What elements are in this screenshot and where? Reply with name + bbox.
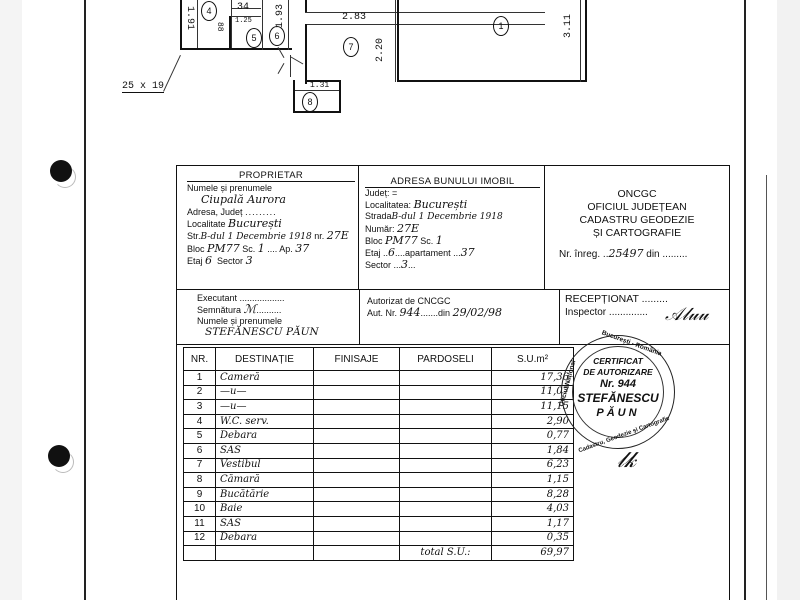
- total-label: total S.U.:: [400, 546, 492, 561]
- authorization-number: 944: [400, 306, 421, 319]
- owner-locality-value: București: [228, 217, 282, 230]
- property-locality-label: Localitatea:: [365, 200, 411, 210]
- cell-destination: Cămară: [216, 473, 314, 488]
- cell-destination: Debara: [216, 531, 314, 546]
- property-locality-value: București: [414, 198, 468, 211]
- room-number: 6: [269, 26, 285, 46]
- stamp-signature: 𝓁𝓀: [617, 448, 636, 473]
- property-stair-value: 1: [436, 234, 443, 247]
- owner-name-label: Numele și prenumele: [187, 183, 272, 193]
- property-floor-value: 6: [388, 246, 395, 259]
- cell-finishes: [314, 400, 400, 415]
- cell-nr: 8: [184, 473, 216, 488]
- table-row: 9Bucătărie8,28: [184, 487, 726, 502]
- total-value: 69,97: [492, 546, 574, 561]
- owner-name-value: Ciupală Aurora: [187, 194, 355, 207]
- owner-apt-label: Ap.: [279, 244, 293, 254]
- property-number-label: Număr:: [365, 224, 395, 234]
- header-finishes: FINISAJE: [314, 348, 400, 371]
- cell-flooring: [400, 400, 492, 415]
- cell-nr: 12: [184, 531, 216, 546]
- dimension-label: 1.91: [184, 6, 195, 30]
- executant-signature-label: Semnătura: [197, 305, 241, 315]
- property-street-label: Strada: [365, 211, 392, 221]
- executant-name-label: Numele și prenumele: [197, 316, 282, 326]
- cell-finishes: [314, 531, 400, 546]
- cell-nr: 7: [184, 458, 216, 473]
- punch-hole-bottom: [48, 445, 70, 467]
- cell-area: 1,17: [492, 516, 574, 531]
- office-line2: OFICIUL JUDEȚEAN: [549, 201, 725, 214]
- room-number: 1: [493, 16, 509, 36]
- floor-plan: 25 x 19 1.91 34 1.93 2.83 2.20 3.11 1.31…: [0, 0, 800, 125]
- cell-area: 8,28: [492, 487, 574, 502]
- property-block-label: Bloc: [365, 236, 383, 246]
- cell-finishes: [314, 414, 400, 429]
- table-row: 10Baie4,03: [184, 502, 726, 517]
- cell-flooring: [400, 371, 492, 386]
- cell-area: 6,23: [492, 458, 574, 473]
- cell-flooring: [400, 385, 492, 400]
- cell-destination: Baie: [216, 502, 314, 517]
- owner-locality-label: Localitate: [187, 219, 226, 229]
- cell-flooring: [400, 531, 492, 546]
- inspector-signature: 𝒜𝓁𝓊𝓊: [665, 304, 708, 325]
- table-row: 12Debara0,35: [184, 531, 726, 546]
- executant-section: Executant .................. Semnătura ℳ…: [197, 293, 357, 338]
- dimension-label: 1.31: [310, 81, 329, 90]
- cell-destination: W.C. serv.: [216, 414, 314, 429]
- owner-street-label: Str.: [187, 231, 201, 241]
- cell-area: 1,15: [492, 473, 574, 488]
- property-floor-label: Etaj: [365, 248, 381, 258]
- cell-finishes: [314, 371, 400, 386]
- cell-nr: 2: [184, 385, 216, 400]
- cell-finishes: [314, 429, 400, 444]
- cell-destination: Vestibul: [216, 458, 314, 473]
- registration-date-label: din: [646, 249, 659, 260]
- cell-finishes: [314, 502, 400, 517]
- property-county-label: Județ:: [365, 188, 390, 198]
- authorization-date-label: din: [438, 308, 450, 318]
- inspector-label: Inspector: [565, 307, 606, 318]
- cell-destination: Bucătărie: [216, 487, 314, 502]
- dimension-label: 1.93: [275, 4, 286, 28]
- cell-flooring: [400, 502, 492, 517]
- owner-street-value: B-dul 1 Decembrie 1918: [201, 232, 312, 242]
- cell-flooring: [400, 443, 492, 458]
- dimension-label: 3.11: [563, 14, 574, 38]
- owner-number-label: nr.: [314, 231, 324, 241]
- cell-nr: 9: [184, 487, 216, 502]
- cell-finishes: [314, 385, 400, 400]
- cell-flooring: [400, 473, 492, 488]
- cell-nr: 11: [184, 516, 216, 531]
- property-street-value: B-dul 1 Decembrie 1918: [392, 212, 503, 222]
- cell-finishes: [314, 516, 400, 531]
- cell-finishes: [314, 473, 400, 488]
- cell-finishes: [314, 487, 400, 502]
- cell-area: 1,84: [492, 443, 574, 458]
- stamp-line4: STEFĂNESCU: [562, 393, 674, 404]
- authorization-section: Autorizat de CNCGC Aut. Nr. 944.......di…: [367, 296, 552, 319]
- dimension-label: 34: [237, 2, 249, 13]
- office-line1: ONCGC: [549, 188, 725, 201]
- owner-section: PROPRIETAR Numele și prenumele Ciupală A…: [187, 170, 355, 267]
- property-title: ADRESA BUNULUI IMOBIL: [365, 176, 540, 188]
- owner-stair-label: Sc.: [242, 244, 255, 254]
- stamp-line2: DE AUTORIZARE: [562, 367, 674, 378]
- dimension-label: 2.83: [342, 12, 366, 23]
- cell-flooring: [400, 516, 492, 531]
- owner-floor-label: Etaj: [187, 256, 203, 266]
- owner-block-label: Bloc: [187, 244, 205, 254]
- cell-flooring: [400, 458, 492, 473]
- executant-signature: ℳ: [244, 302, 257, 316]
- room-number: 4: [201, 1, 217, 21]
- cell-destination: —u—: [216, 385, 314, 400]
- reception-title: RECEPȚIONAT: [565, 293, 639, 305]
- cell-area: 0,35: [492, 531, 574, 546]
- cell-flooring: [400, 429, 492, 444]
- executant-name-value: STEFĂNESCU PĂUN: [197, 327, 357, 338]
- cell-flooring: [400, 487, 492, 502]
- property-apt-label: apartament: [405, 248, 451, 258]
- stamp-line5: PĂUN: [562, 408, 674, 419]
- header-destination: DESTINAȚIE: [216, 348, 314, 371]
- registration-number: 25497: [608, 247, 643, 260]
- owner-apt-value: 37: [295, 242, 309, 255]
- cadastral-form: PROPRIETAR Numele și prenumele Ciupală A…: [176, 165, 730, 600]
- table-row: 8Cămară1,15: [184, 473, 726, 488]
- authorization-stamp: București - România Oficiul Național Cad…: [561, 335, 675, 449]
- owner-title: PROPRIETAR: [187, 170, 355, 182]
- cell-destination: SAS: [216, 516, 314, 531]
- reception-section: RECEPȚIONAT ......... Inspector ........…: [565, 294, 725, 318]
- office-section: ONCGC OFICIUL JUDEȚEAN CADASTRU GEODEZIE…: [549, 188, 725, 260]
- cell-flooring: [400, 414, 492, 429]
- room-number: 7: [343, 37, 359, 57]
- cell-destination: Debara: [216, 429, 314, 444]
- table-row: 7Vestibul6,23: [184, 458, 726, 473]
- cell-destination: SAS: [216, 443, 314, 458]
- cell-nr: 5: [184, 429, 216, 444]
- property-sector-value: 3: [401, 258, 408, 271]
- header-nr: NR.: [184, 348, 216, 371]
- owner-sector-label: Sector: [217, 256, 243, 266]
- table-total-row: total S.U.:69,97: [184, 546, 726, 561]
- cell-nr: 3: [184, 400, 216, 415]
- office-line4: ȘI CARTOGRAFIE: [549, 227, 725, 240]
- property-county-value: =: [392, 188, 397, 198]
- cell-finishes: [314, 458, 400, 473]
- cell-nr: 10: [184, 502, 216, 517]
- owner-floor-value: 6: [205, 254, 212, 267]
- authorization-number-label: Aut. Nr.: [367, 308, 397, 318]
- property-stair-label: Sc.: [420, 236, 433, 246]
- property-section: ADRESA BUNULUI IMOBIL Județ: = Localitat…: [365, 176, 540, 271]
- punch-hole-top: [50, 160, 72, 182]
- dimension-label: 1.25: [235, 17, 252, 25]
- dimension-label: 2.20: [375, 38, 386, 62]
- executant-label: Executant: [197, 293, 237, 303]
- table-row: 6SAS1,84: [184, 443, 726, 458]
- cell-destination: Cameră: [216, 371, 314, 386]
- owner-county-label: Adresa, Județ: [187, 207, 243, 217]
- cell-area: 0,77: [492, 429, 574, 444]
- stamp-line3: Nr. 944: [562, 379, 674, 390]
- registration-label: Nr. înreg.: [559, 249, 600, 260]
- property-apt-value: 37: [461, 246, 475, 259]
- authorization-title: Autorizat de CNCGC: [367, 296, 451, 306]
- cell-finishes: [314, 443, 400, 458]
- office-line3: CADASTRU GEODEZIE: [549, 214, 725, 227]
- right-edge-line: [766, 175, 767, 600]
- property-sector-label: Sector: [365, 260, 391, 270]
- stamp-line1: CERTIFICAT: [562, 356, 674, 367]
- owner-sector-value: 3: [246, 254, 253, 267]
- scale-label: 25 x 19: [122, 81, 164, 93]
- owner-number-value: 27E: [327, 229, 349, 242]
- cell-nr: 4: [184, 414, 216, 429]
- dimension-label: 88: [215, 22, 224, 32]
- cell-nr: 6: [184, 443, 216, 458]
- cell-area: 4,03: [492, 502, 574, 517]
- cell-destination: —u—: [216, 400, 314, 415]
- table-row: 11SAS1,17: [184, 516, 726, 531]
- room-number: 5: [246, 28, 262, 48]
- room-number: 8: [302, 92, 318, 112]
- authorization-date: 29/02/98: [453, 306, 502, 319]
- header-flooring: PARDOSELI: [400, 348, 492, 371]
- owner-stair-value: 1: [258, 242, 265, 255]
- cell-nr: 1: [184, 371, 216, 386]
